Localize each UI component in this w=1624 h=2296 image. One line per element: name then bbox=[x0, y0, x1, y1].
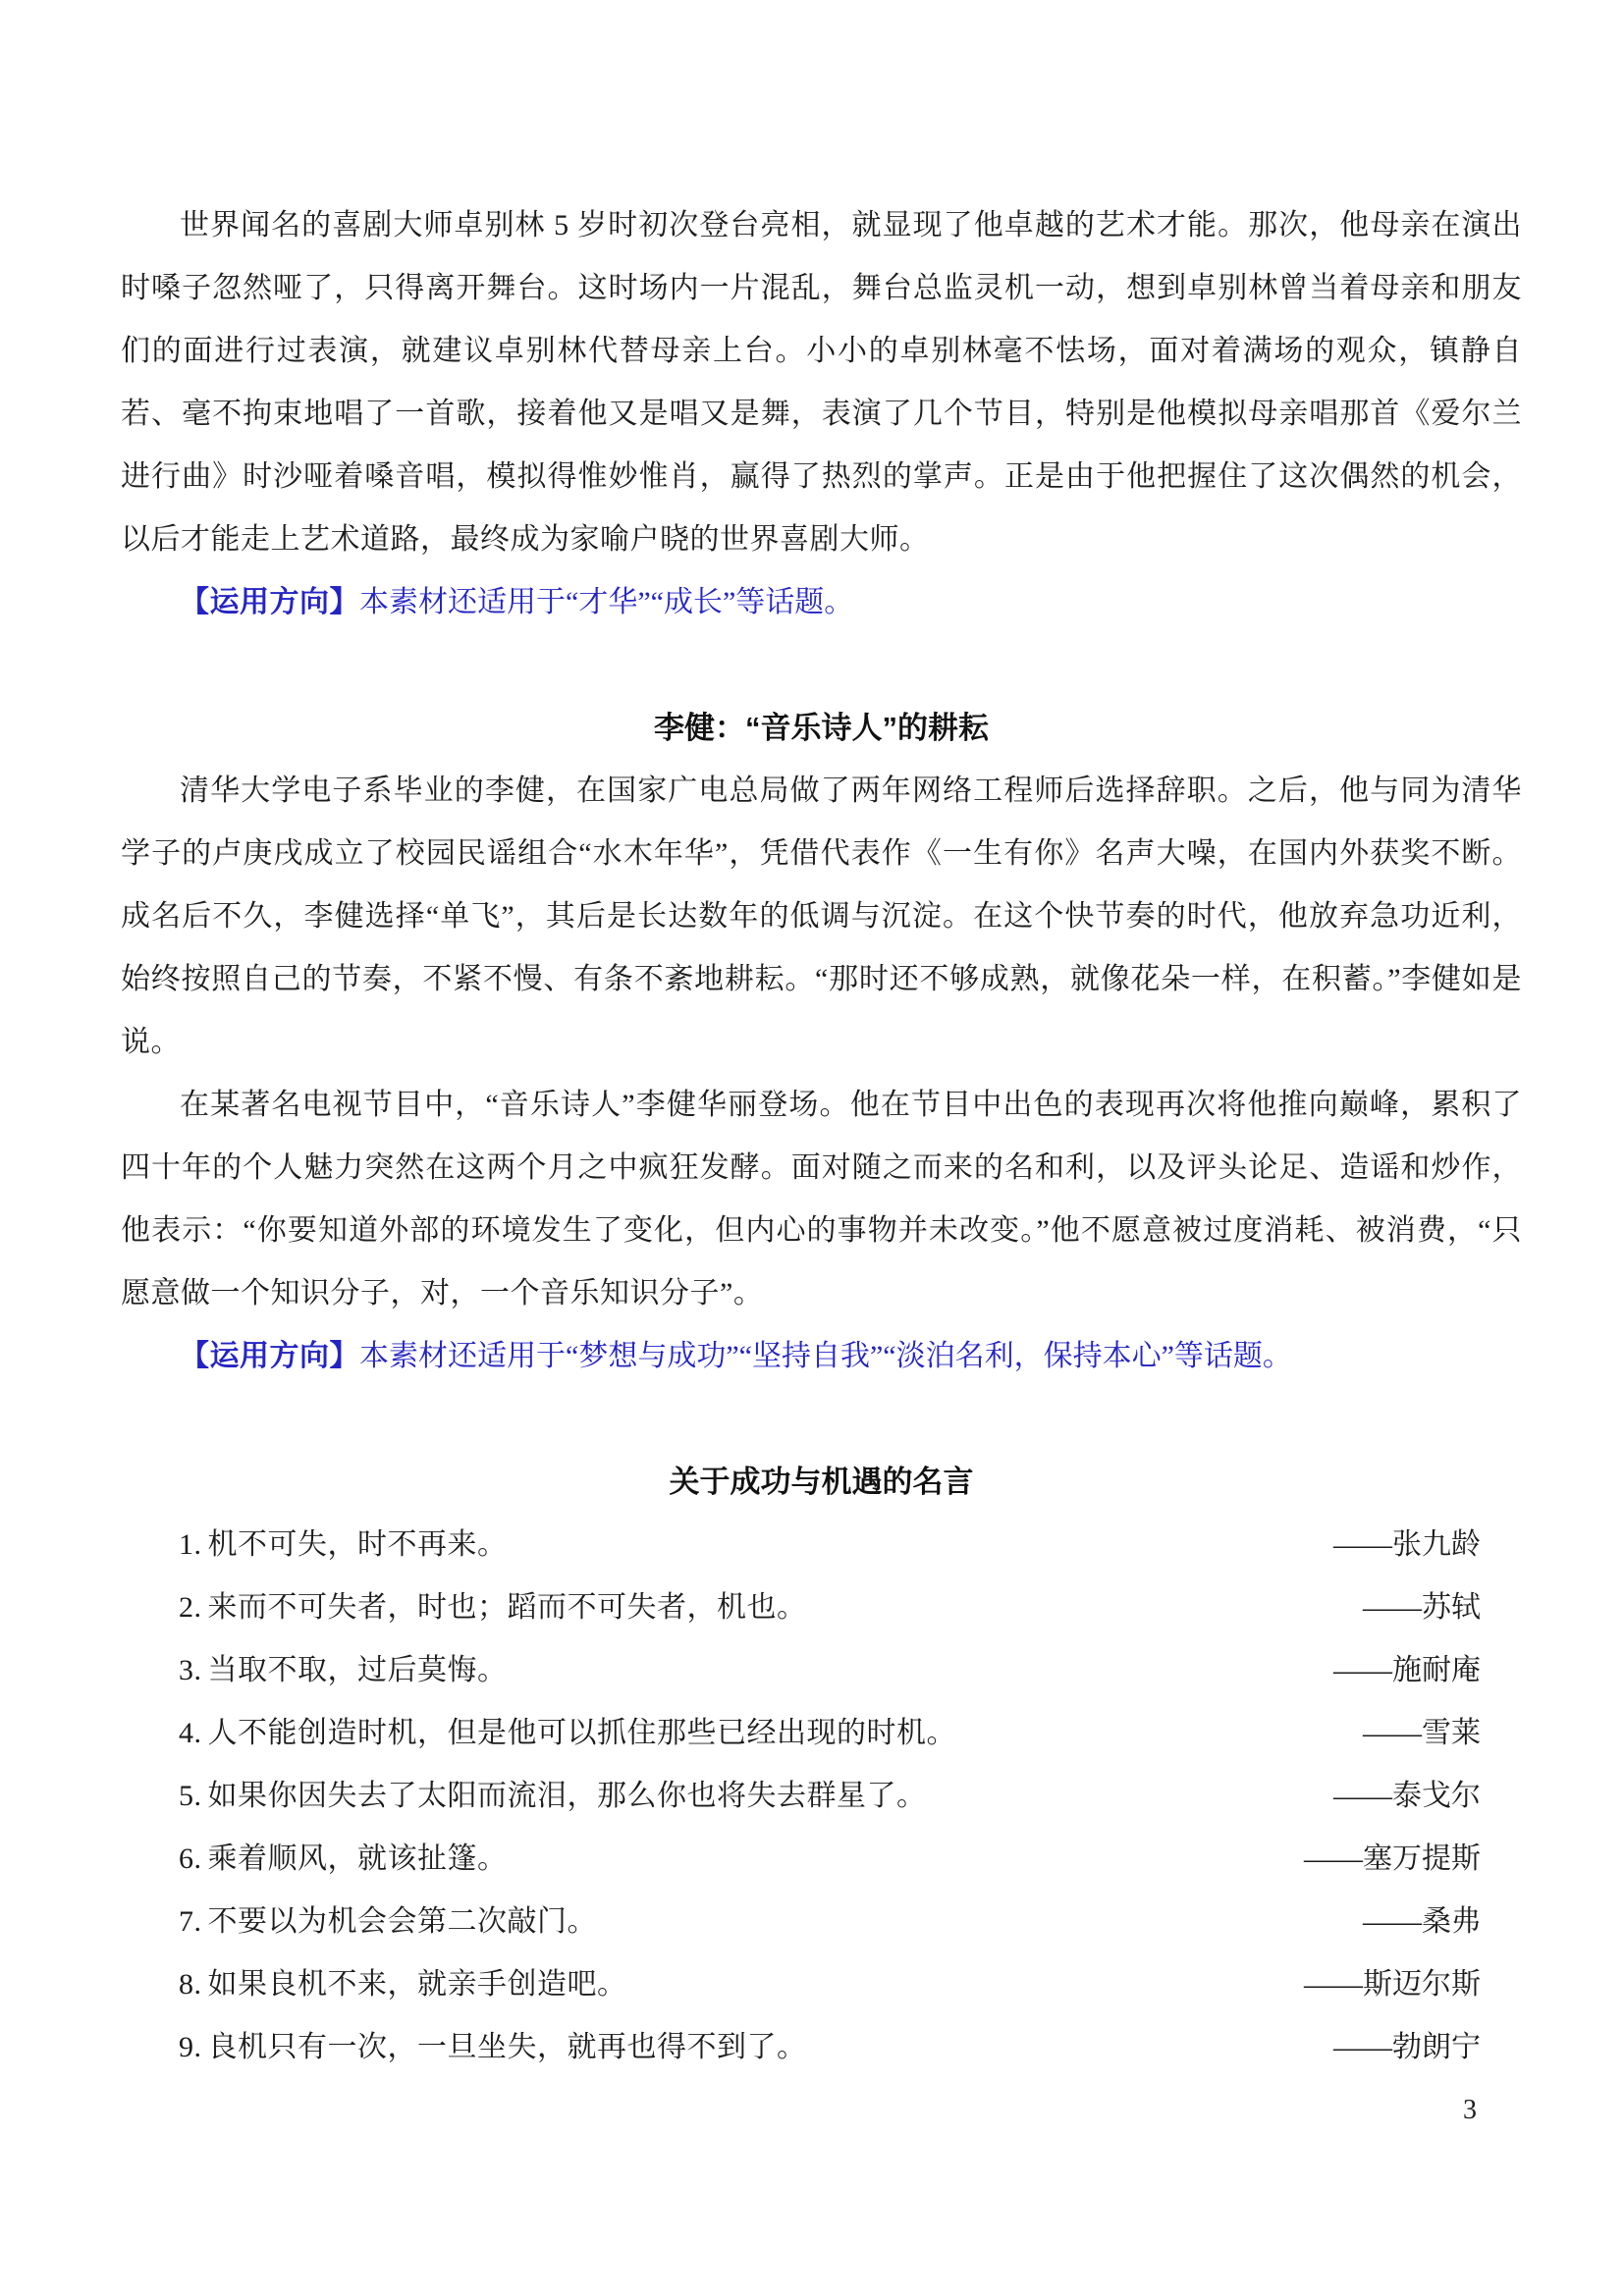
quote-author: ——张九龄 bbox=[1333, 1514, 1522, 1576]
direction-text: 本素材还适用于“才华”“成长”等话题。 bbox=[359, 586, 853, 618]
quote-text: 3.当取不取，过后莫悔。 bbox=[121, 1639, 508, 1702]
quote-text: 5.如果你因失去了太阳而流泪，那么你也将失去群星了。 bbox=[121, 1765, 927, 1828]
lijian-heading: 李健：“音乐诗人”的耕耘 bbox=[121, 697, 1522, 760]
quote-number: 7. bbox=[179, 1905, 208, 1938]
quote-text: 4.人不能创造时机，但是他可以抓住那些已经出现的时机。 bbox=[121, 1702, 956, 1765]
quote-text: 8.如果良机不来，就亲手创造吧。 bbox=[121, 1953, 627, 2016]
quote-number: 2. bbox=[179, 1591, 208, 1624]
chaplin-paragraph: 世界闻名的喜剧大师卓别林 5 岁时初次登台亮相，就显现了他卓越的艺术才能。那次，… bbox=[121, 194, 1522, 571]
chaplin-direction-note: 【运用方向】本素材还适用于“才华”“成长”等话题。 bbox=[121, 571, 1522, 634]
quote-item: 4.人不能创造时机，但是他可以抓住那些已经出现的时机。 ——雪莱 bbox=[121, 1702, 1522, 1765]
quote-text: 1.机不可失，时不再来。 bbox=[121, 1514, 508, 1576]
page-number: 3 bbox=[121, 2079, 1522, 2142]
quote-author: ——苏轼 bbox=[1363, 1576, 1522, 1639]
quote-author: ——施耐庵 bbox=[1333, 1639, 1522, 1702]
quote-number: 5. bbox=[179, 1780, 208, 1812]
quote-text: 2.来而不可失者，时也；蹈而不可失者，机也。 bbox=[121, 1576, 807, 1639]
quote-text: 7.不要以为机会会第二次敲门。 bbox=[121, 1891, 597, 1953]
quote-list: 1.机不可失，时不再来。 ——张九龄 2.来而不可失者，时也；蹈而不可失者，机也… bbox=[121, 1514, 1522, 2079]
quote-author: ——泰戈尔 bbox=[1333, 1765, 1522, 1828]
quote-number: 4. bbox=[179, 1717, 208, 1749]
quote-number: 3. bbox=[179, 1654, 208, 1686]
quote-item: 7.不要以为机会会第二次敲门。 ——桑弗 bbox=[121, 1891, 1522, 1953]
lijian-paragraph-2: 在某著名电视节目中，“音乐诗人”李健华丽登场。他在节目中出色的表现再次将他推向巅… bbox=[121, 1074, 1522, 1325]
direction-label: 【运用方向】 bbox=[180, 586, 359, 618]
quotes-heading: 关于成功与机遇的名言 bbox=[121, 1451, 1522, 1514]
direction-label: 【运用方向】 bbox=[180, 1340, 359, 1372]
quote-number: 9. bbox=[179, 2031, 208, 2063]
quote-author: ——雪莱 bbox=[1363, 1702, 1522, 1765]
quote-text: 6.乘着顺风，就该扯篷。 bbox=[121, 1828, 508, 1891]
quote-item: 8.如果良机不来，就亲手创造吧。 ——斯迈尔斯 bbox=[121, 1953, 1522, 2016]
quote-item: 1.机不可失，时不再来。 ——张九龄 bbox=[121, 1514, 1522, 1576]
lijian-direction-note: 【运用方向】本素材还适用于“梦想与成功”“坚持自我”“淡泊名利，保持本心”等话题… bbox=[121, 1325, 1522, 1388]
quote-item: 5.如果你因失去了太阳而流泪，那么你也将失去群星了。 ——泰戈尔 bbox=[121, 1765, 1522, 1828]
quote-item: 6.乘着顺风，就该扯篷。 ——塞万提斯 bbox=[121, 1828, 1522, 1891]
quote-author: ——斯迈尔斯 bbox=[1304, 1953, 1522, 2016]
direction-text: 本素材还适用于“梦想与成功”“坚持自我”“淡泊名利，保持本心”等话题。 bbox=[359, 1340, 1292, 1372]
lijian-paragraph-1: 清华大学电子系毕业的李健，在国家广电总局做了两年网络工程师后选择辞职。之后，他与… bbox=[121, 760, 1522, 1074]
quote-item: 2.来而不可失者，时也；蹈而不可失者，机也。 ——苏轼 bbox=[121, 1576, 1522, 1639]
quote-author: ——勃朗宁 bbox=[1333, 2016, 1522, 2079]
quote-author: ——桑弗 bbox=[1363, 1891, 1522, 1953]
quote-number: 6. bbox=[179, 1842, 208, 1875]
document-page: 世界闻名的喜剧大师卓别林 5 岁时初次登台亮相，就显现了他卓越的艺术才能。那次，… bbox=[0, 0, 1624, 2296]
quote-author: ——塞万提斯 bbox=[1304, 1828, 1522, 1891]
quote-number: 8. bbox=[179, 1968, 208, 2001]
quote-number: 1. bbox=[179, 1528, 208, 1561]
quote-text: 9.良机只有一次，一旦坐失，就再也得不到了。 bbox=[121, 2016, 807, 2079]
quote-item: 3.当取不取，过后莫悔。 ——施耐庵 bbox=[121, 1639, 1522, 1702]
quote-item: 9.良机只有一次，一旦坐失，就再也得不到了。 ——勃朗宁 bbox=[121, 2016, 1522, 2079]
